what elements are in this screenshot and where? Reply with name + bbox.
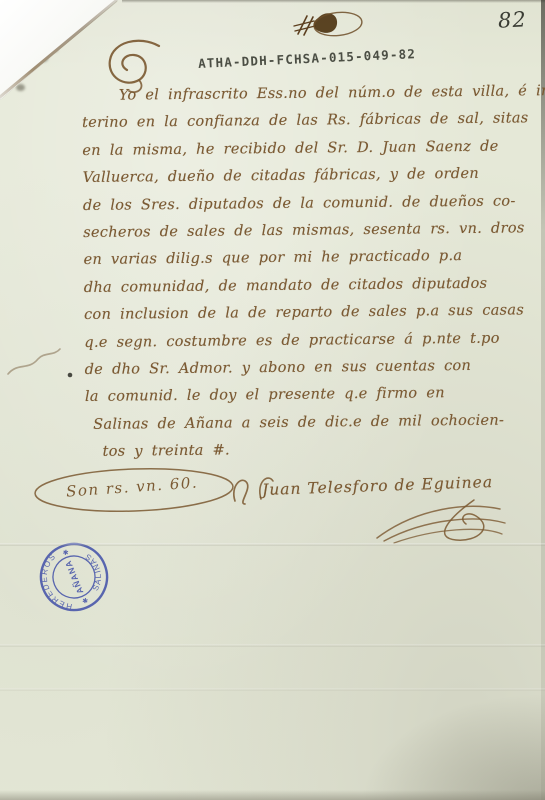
scanned-document: 82 ATHA-DDH-FCHSA-015-049-82 Yo el infra…	[0, 0, 545, 800]
manuscript-line: Yo el infrascrito Ess.no del núm.o de es…	[119, 83, 545, 104]
manuscript-line: con inclusion de la de reparto de sales …	[84, 302, 524, 323]
manuscript-line: en la misma, he recibido del Sr. D. Juan…	[82, 139, 498, 159]
manuscript-line: Valluerca, dueño de citadas fábricas, y …	[83, 166, 479, 186]
manuscript-body: Yo el infrascrito Ess.no del núm.o de es…	[0, 0, 545, 800]
manuscript-paper: 82 ATHA-DDH-FCHSA-015-049-82 Yo el infra…	[0, 0, 545, 800]
manuscript-line: tos y treinta #.	[102, 442, 230, 459]
stamp-center-text: AÑANA	[63, 559, 86, 596]
corner-shadow	[355, 690, 545, 800]
manuscript-line: Salinas de Añana a seis de dic.e de mil …	[93, 413, 504, 433]
manuscript-line: la comunid. le doy el presente q.e firmo…	[85, 385, 445, 405]
manuscript-line: en varias dilig.s que por mi he practica…	[83, 248, 462, 268]
stamp-star-icon: ✱	[81, 596, 91, 605]
paper-crease	[0, 543, 545, 546]
manuscript-line: dha comunidad, de mandato de citados dip…	[84, 276, 488, 296]
signature-rubric	[372, 496, 522, 546]
paper-crease	[0, 644, 545, 647]
manuscript-line: q.e segn. costumbre es de practicarse á …	[84, 331, 500, 351]
manuscript-line: terino en la confianza de las Rs. fábric…	[82, 110, 529, 131]
margin-scribble	[4, 344, 76, 382]
paper-bottom-edge	[0, 790, 545, 800]
stamp-star-icon: ✱	[61, 548, 71, 557]
manuscript-line: de los Sres. diputados de la comunid. de…	[83, 193, 516, 214]
manuscript-line: de dho Sr. Admor. y abono en sus cuentas…	[85, 358, 472, 378]
manuscript-line: secheros de sales de las mismas, sesenta…	[83, 220, 525, 241]
